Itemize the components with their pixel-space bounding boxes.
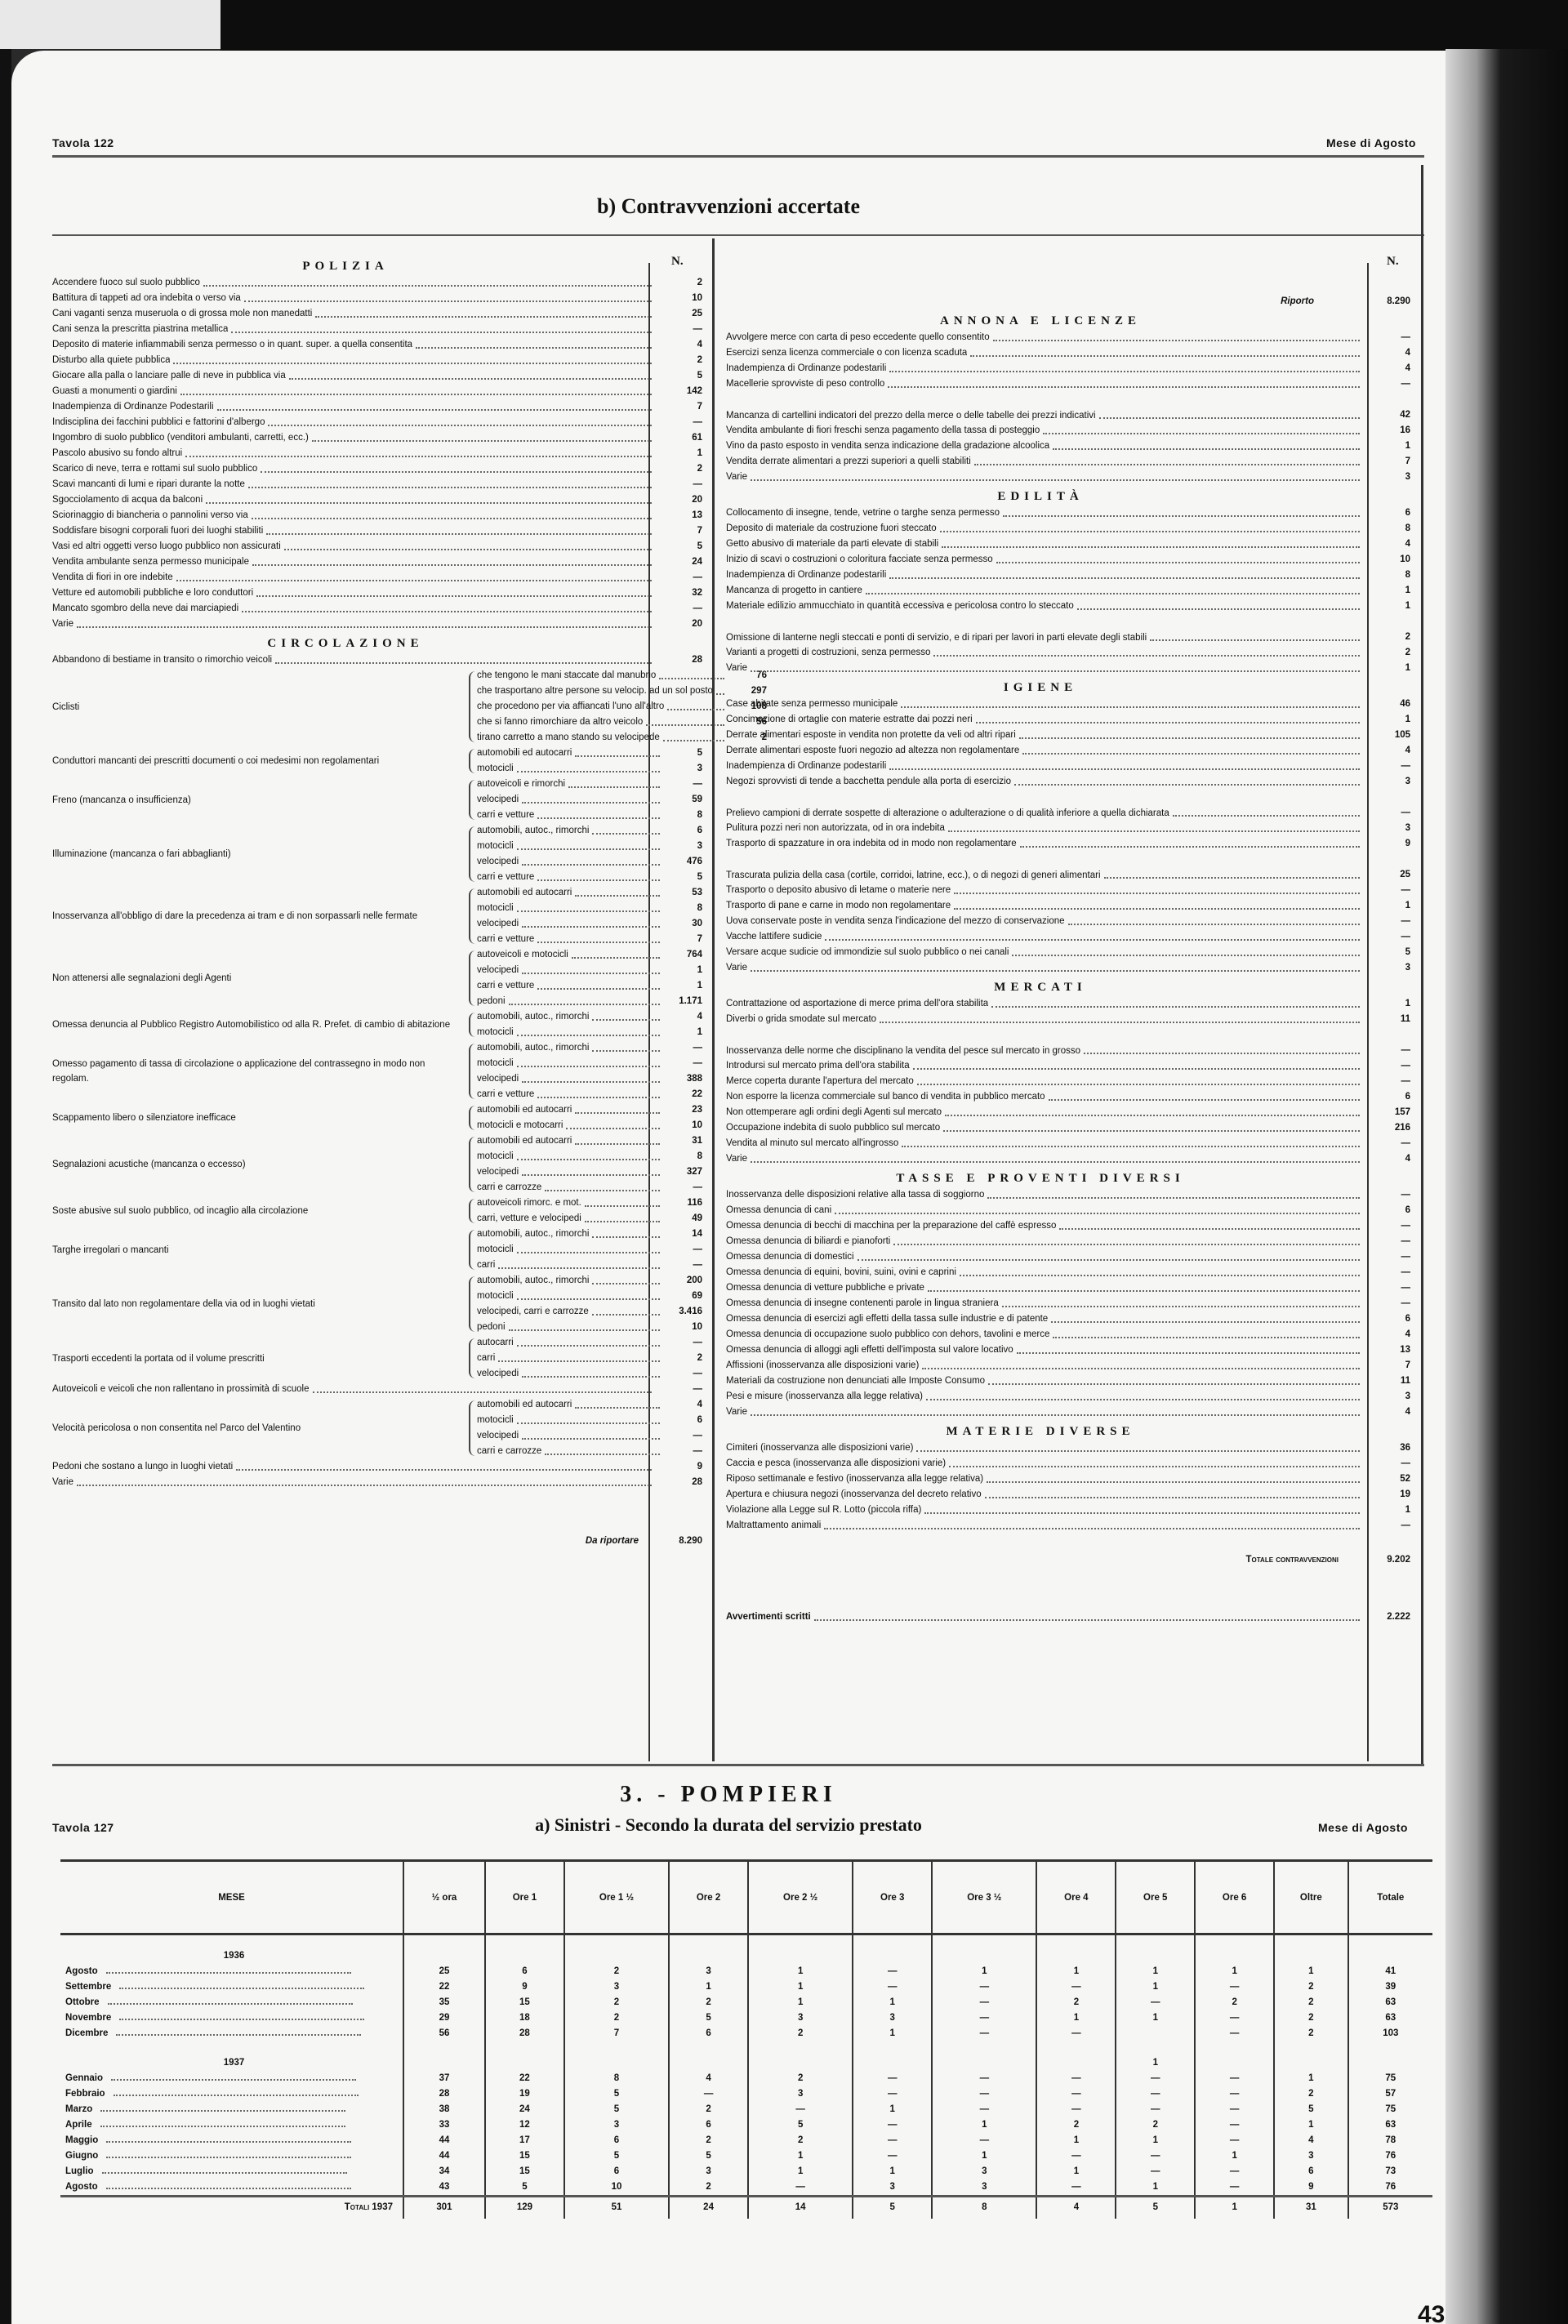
count-value: 388 [663, 1071, 712, 1087]
count-value: 9 [1363, 836, 1420, 852]
count-value: 9 [655, 1459, 712, 1475]
brace [469, 951, 477, 1006]
list-item: Cimiteri (inosservanza alle disposizioni… [726, 1440, 1420, 1456]
list-item: velocipedi1 [477, 963, 712, 978]
count-value: — [663, 1335, 712, 1351]
count-value: 8 [663, 808, 712, 823]
list-item: Omessa denuncia di cani6 [726, 1203, 1420, 1218]
count-value: 7 [655, 523, 712, 539]
column-header: Oltre [1274, 1861, 1348, 1934]
da-riportare-row: Da riportare 8.290 [52, 1528, 712, 1549]
list-item: Getto abusivo di materiale da parti elev… [726, 536, 1420, 552]
count-value: — [1363, 1058, 1420, 1074]
list-item: carri— [477, 1258, 712, 1273]
count-value: — [1363, 1074, 1420, 1089]
list-item: Inosservanza delle disposizioni relative… [726, 1187, 1420, 1203]
list-item: Derrate alimentari esposte fuori negozio… [726, 743, 1420, 759]
list-item: Mancato sgombro della neve dai marciapie… [52, 601, 712, 617]
count-value: 10 [1363, 552, 1420, 568]
list-item: autocarri— [477, 1335, 712, 1351]
count-value: 32 [655, 585, 712, 601]
list-item: automobili, autoc., rimorchi14 [477, 1227, 712, 1242]
list-item: Avvolgere merce con carta di peso eccede… [726, 330, 1420, 345]
list-item: Varie4 [726, 1151, 1420, 1167]
count-value: — [663, 777, 712, 792]
count-value: 2 [655, 353, 712, 368]
list-item: pedoni10 [477, 1320, 712, 1335]
brace [469, 888, 477, 944]
count-value: — [663, 1366, 712, 1382]
n-header: N. [1387, 255, 1399, 269]
count-value: 476 [663, 854, 712, 870]
polizia-list: Accendere fuoco sul suolo pubblico2Batti… [52, 275, 712, 632]
count-value: 4 [663, 1397, 712, 1413]
column-header: Ore 3 [853, 1861, 932, 1934]
month-label: Mese di Agosto [1318, 1821, 1408, 1834]
count-value: 4 [1363, 1327, 1420, 1342]
section-heading: MATERIE DIVERSE [726, 1420, 1420, 1440]
table-row: Marzo382452—1————575 [60, 2102, 1432, 2117]
count-value: 157 [1363, 1105, 1420, 1120]
brace [469, 1044, 477, 1099]
column-header: Ore 1 [485, 1861, 564, 1934]
column-header: Ore 5 [1116, 1861, 1195, 1934]
section-title: b) Contravvenzioni accertate [11, 194, 1445, 219]
count-value: 4 [663, 1009, 712, 1025]
totale-row: Totale contravvenzioni 9.202 [726, 1547, 1420, 1568]
section-heading: TASSE E PROVENTI DIVERSI [726, 1167, 1420, 1187]
count-value: 28 [655, 1475, 712, 1490]
count-value: 3 [1363, 774, 1420, 790]
list-item: Abbandono di bestiame in transito o rimo… [52, 652, 712, 668]
brace [469, 1106, 477, 1130]
list-item: Esercizi senza licenza commerciale o con… [726, 345, 1420, 361]
count-value: 764 [663, 947, 712, 963]
count-value: 6 [663, 1413, 712, 1428]
list-item: Omissione di lanterne negli steccati e p… [726, 614, 1420, 645]
list-item: Omessa denuncia di biliardi e pianoforti… [726, 1234, 1420, 1249]
list-item: Vendita ambulante senza permesso municip… [52, 554, 712, 570]
count-value: 4 [1363, 743, 1420, 759]
count-value: 11 [1363, 1012, 1420, 1027]
count-value: 327 [663, 1164, 712, 1180]
list-item: motocicli6 [477, 1413, 712, 1428]
count-value: — [1363, 1187, 1420, 1203]
list-item: Vino da pasto esposto in vendita senza i… [726, 439, 1420, 454]
list-item: carri e vetture7 [477, 932, 712, 947]
list-item: Disturbo alla quiete pubblica2 [52, 353, 712, 368]
column-header: MESE [60, 1861, 403, 1934]
list-item: Autoveicoli e veicoli che non rallentano… [52, 1382, 712, 1397]
count-value: 3.416 [663, 1304, 712, 1320]
table-row: Luglio3415631131——673 [60, 2164, 1432, 2179]
list-item: Cani senza la prescritta piastrina metal… [52, 322, 712, 337]
list-item: Maltrattamento animali— [726, 1518, 1420, 1534]
list-item: Scavi mancanti di lumi e ripari durante … [52, 477, 712, 492]
totale-value: 9.202 [1363, 1552, 1420, 1568]
circolazione-group: Non attenersi alle segnalazioni degli Ag… [52, 947, 712, 1009]
list-item: Guasti a monumenti o giardini142 [52, 384, 712, 399]
column-header: ½ ora [403, 1861, 485, 1934]
list-item: Pulitura pozzi neri non autorizzata, od … [726, 821, 1420, 836]
list-item: motocicli3 [477, 839, 712, 854]
list-item: velocipedi327 [477, 1164, 712, 1180]
circolazione-group: Conduttori mancanti dei prescritti docum… [52, 746, 712, 777]
list-item: automobili, autoc., rimorchi— [477, 1040, 712, 1056]
list-item: Mancanza di progetto in cantiere1 [726, 583, 1420, 599]
table-row: Maggio4417622——11—478 [60, 2133, 1432, 2148]
count-value: 105 [1363, 728, 1420, 743]
table-row: Agosto256231—1111141 [60, 1964, 1432, 1979]
count-value: 1.171 [663, 994, 712, 1009]
table-row: Ottobre35152211—2—2263 [60, 1995, 1432, 2010]
count-value: 5 [655, 539, 712, 554]
list-item: Omessa denuncia di becchi di macchina pe… [726, 1218, 1420, 1234]
count-value: 8 [663, 901, 712, 916]
list-item: carri, vetture e velocipedi49 [477, 1211, 712, 1227]
list-item: Omessa denuncia di vetture pubbliche e p… [726, 1280, 1420, 1296]
list-item: Prelievo campioni di derrate sospette di… [726, 790, 1420, 821]
count-value: — [1363, 1136, 1420, 1151]
table-row: Agosto435102—33—1—976 [60, 2179, 1432, 2197]
circolazione-group: Freno (mancanza o insufficienza)autoveic… [52, 777, 712, 823]
list-item: Uova conservate poste in vendita senza l… [726, 914, 1420, 929]
scan-edge-right [1445, 49, 1568, 2324]
list-item: Omessa denuncia di alloggi agli effetti … [726, 1342, 1420, 1358]
list-item: carri e vetture5 [477, 870, 712, 885]
count-value: — [663, 1040, 712, 1056]
count-value: 4 [1363, 536, 1420, 552]
list-item: Varie4 [726, 1405, 1420, 1420]
list-item: motocicli8 [477, 901, 712, 916]
list-item: Materiale edilizio ammucchiato in quanti… [726, 599, 1420, 614]
count-value: 116 [663, 1195, 712, 1211]
list-item: Trasporto o deposito abusivo di letame o… [726, 883, 1420, 898]
table-row: Giugno4415551—1——1376 [60, 2148, 1432, 2164]
count-value: — [1363, 1265, 1420, 1280]
count-value: 25 [1363, 867, 1420, 883]
list-item: Omessa denuncia di esercizi agli effetti… [726, 1311, 1420, 1327]
count-value: — [655, 322, 712, 337]
count-value: 6 [663, 823, 712, 839]
count-value: — [663, 1056, 712, 1071]
table-row: Febbraio28195—3—————257 [60, 2086, 1432, 2102]
count-value: 1 [655, 446, 712, 461]
count-value: 3 [663, 761, 712, 777]
circolazione-group: Trasporti eccedenti la portata od il vol… [52, 1335, 712, 1382]
table-row: Dicembre56287621———2103 [60, 2026, 1432, 2041]
list-item: autoveicoli rimorc. e mot.116 [477, 1195, 712, 1211]
count-value: 4 [655, 337, 712, 353]
count-value: 1 [663, 963, 712, 978]
table-header: MESE½ oraOre 1Ore 1 ½Ore 2Ore 2 ½Ore 3Or… [60, 1861, 1432, 1934]
list-item: carri2 [477, 1351, 712, 1366]
list-item: Contrattazione od asportazione di merce … [726, 996, 1420, 1012]
list-item: Collocamento di insegne, tende, vetrine … [726, 505, 1420, 521]
list-item: Varie20 [52, 617, 712, 632]
pompieri-heading: 3. - POMPIERI [11, 1782, 1445, 1808]
count-value: — [1363, 883, 1420, 898]
list-item: Caccia e pesca (inosservanza alle dispos… [726, 1456, 1420, 1471]
count-value: 20 [655, 492, 712, 508]
count-value: 1 [663, 1025, 712, 1040]
brace [469, 1137, 477, 1192]
brace [469, 671, 477, 742]
list-item: automobili ed autocarri23 [477, 1102, 712, 1118]
brace [469, 1400, 477, 1456]
count-value: — [663, 1428, 712, 1444]
title-rule [52, 234, 1424, 236]
count-value: 3 [1363, 470, 1420, 485]
list-item: automobili, autoc., rimorchi200 [477, 1273, 712, 1289]
list-item: velocipedi— [477, 1428, 712, 1444]
count-value: — [1363, 376, 1420, 392]
page-number: 43 [1418, 2301, 1445, 2324]
list-item: Omessa denuncia di occupazione suolo pub… [726, 1327, 1420, 1342]
list-item: automobili ed autocarri5 [477, 746, 712, 761]
right-column: Riporto 8.290 ANNONA E LICENZEAvvolgere … [726, 294, 1420, 1625]
column-header: Ore 2 [669, 1861, 748, 1934]
count-value: 8 [1363, 568, 1420, 583]
count-value: 19 [1363, 1487, 1420, 1503]
list-item: Accendere fuoco sul suolo pubblico2 [52, 275, 712, 291]
list-item: Merce coperta durante l'apertura del mer… [726, 1074, 1420, 1089]
count-value: 13 [655, 508, 712, 523]
count-value: 5 [663, 870, 712, 885]
list-item: Sgocciolamento di acqua da balconi20 [52, 492, 712, 508]
list-item: Affissioni (inosservanza alle disposizio… [726, 1358, 1420, 1373]
circolazione-group: Ciclistiche tengono le mani staccate dal… [52, 668, 712, 746]
count-value: 4 [1363, 1151, 1420, 1167]
count-value: — [1363, 1518, 1420, 1534]
list-item: Violazione alla Legge sul R. Lotto (picc… [726, 1503, 1420, 1518]
list-item: motocicli8 [477, 1149, 712, 1164]
count-value: 14 [663, 1227, 712, 1242]
count-value: 3 [1363, 1389, 1420, 1405]
list-item: Varie3 [726, 470, 1420, 485]
count-value: 2 [1363, 630, 1420, 645]
count-value: 31 [663, 1133, 712, 1149]
count-value: — [1363, 330, 1420, 345]
count-value: 2 [663, 1351, 712, 1366]
list-item: Pascolo abusivo su fondo altrui1 [52, 446, 712, 461]
right-sections: ANNONA E LICENZEAvvolgere merce con cart… [726, 309, 1420, 1534]
list-item: Indisciplina dei facchini pubblici e fat… [52, 415, 712, 430]
brace [469, 826, 477, 882]
brace [469, 1276, 477, 1332]
list-item: motocicli1 [477, 1025, 712, 1040]
list-item: carri e vetture1 [477, 978, 712, 994]
list-item: autoveicoli e rimorchi— [477, 777, 712, 792]
list-item: Omessa denuncia di domestici— [726, 1249, 1420, 1265]
list-item: Case abitate senza permesso municipale46 [726, 697, 1420, 712]
list-item: Varie3 [726, 960, 1420, 976]
list-item: Pesi e misure (inosservanza alla legge r… [726, 1389, 1420, 1405]
column-header: Ore 6 [1195, 1861, 1274, 1934]
count-value: 1 [1363, 439, 1420, 454]
count-value: — [1363, 914, 1420, 929]
count-value: 2 [655, 461, 712, 477]
list-item: Mancanza di cartellini indicatori del pr… [726, 392, 1420, 423]
count-value: 22 [663, 1087, 712, 1102]
list-item: Inosservanza delle norme che disciplinan… [726, 1027, 1420, 1058]
section-heading: EDILITÀ [726, 485, 1420, 505]
circolazione-group: Transito dal lato non regolamentare dell… [52, 1273, 712, 1335]
count-value: 6 [1363, 1089, 1420, 1105]
list-item: motocicli3 [477, 761, 712, 777]
list-item: Battitura di tappeti ad ora indebita o v… [52, 291, 712, 306]
count-value: — [663, 1444, 712, 1459]
list-item: Inizio di scavi o costruzioni o coloritu… [726, 552, 1420, 568]
count-value: 7 [1363, 454, 1420, 470]
column-header: Ore 4 [1036, 1861, 1116, 1934]
count-value: 3 [663, 839, 712, 854]
count-value: 42 [1363, 407, 1420, 423]
list-item: Pedoni che sostano a lungo in luoghi vie… [52, 1459, 712, 1475]
list-item: Occupazione indebita di suolo pubblico s… [726, 1120, 1420, 1136]
circolazione-groups: Ciclistiche tengono le mani staccate dal… [52, 668, 712, 1382]
count-value: 6 [1363, 1203, 1420, 1218]
list-item: Inadempienza di Ordinanze podestarili4 [726, 361, 1420, 376]
count-value: 216 [1363, 1120, 1420, 1136]
table-row: Gennaio3722842—————175 [60, 2071, 1432, 2086]
count-value: 53 [663, 885, 712, 901]
count-value: — [655, 415, 712, 430]
pompieri-subtitle: a) Sinistri - Secondo la durata del serv… [11, 1814, 1445, 1836]
circolazione-heading: CIRCOLAZIONE [52, 632, 712, 652]
list-item: motocicli e motocarri10 [477, 1118, 712, 1133]
brace [469, 1338, 477, 1378]
list-item: automobili, autoc., rimorchi6 [477, 823, 712, 839]
list-item: velocipedi59 [477, 792, 712, 808]
list-item: Concimazione di ortaglie con materie est… [726, 712, 1420, 728]
count-value: — [1363, 805, 1420, 821]
circolazione-group: Scappamento libero o silenziatore ineffi… [52, 1102, 712, 1133]
riporto-row: Riporto 8.290 [726, 294, 1420, 309]
table-row: Settembre229311———1—239 [60, 1979, 1432, 1995]
count-value: 8 [663, 1149, 712, 1164]
count-value: 10 [663, 1118, 712, 1133]
count-value: 46 [1363, 697, 1420, 712]
count-value: 7 [1363, 1358, 1420, 1373]
list-item: Varie28 [52, 1475, 712, 1490]
list-item: automobili ed autocarri4 [477, 1397, 712, 1413]
brace [469, 780, 477, 820]
list-item: Trasporto di pane e carne in modo non re… [726, 898, 1420, 914]
list-item: velocipedi388 [477, 1071, 712, 1087]
circolazione-group: Velocità pericolosa o non consentita nel… [52, 1397, 712, 1459]
count-value: 25 [655, 306, 712, 322]
count-value: 6 [1363, 1311, 1420, 1327]
circolazione-group: Omesso pagamento di tassa di circolazion… [52, 1040, 712, 1102]
pompieri-table: MESE½ oraOre 1Ore 1 ½Ore 2Ore 2 ½Ore 3Or… [60, 1859, 1432, 2219]
count-value: 49 [663, 1211, 712, 1227]
circolazione-group: Segnalazioni acustiche (mancanza o ecces… [52, 1133, 712, 1195]
scan-edge-left [0, 49, 11, 2324]
column-header: Ore 3 ½ [932, 1861, 1036, 1934]
list-item: Varie1 [726, 661, 1420, 676]
count-value: 7 [655, 399, 712, 415]
circolazione-group: Illuminazione (mancanza o fari abbaglian… [52, 823, 712, 885]
count-value: 1 [1363, 661, 1420, 676]
section-rule [52, 1764, 1424, 1766]
count-value: 4 [1363, 345, 1420, 361]
count-value: 10 [655, 291, 712, 306]
list-item: Cani vaganti senza museruola o di grossa… [52, 306, 712, 322]
list-item: autoveicoli e motocicli764 [477, 947, 712, 963]
count-value: 69 [663, 1289, 712, 1304]
list-item: Materiali da costruzione non denunciati … [726, 1373, 1420, 1389]
count-value: 6 [1363, 505, 1420, 521]
list-item: Vendita derrate alimentari a prezzi supe… [726, 454, 1420, 470]
count-value: — [1363, 1296, 1420, 1311]
count-value: 3 [1363, 960, 1420, 976]
count-value: 59 [663, 792, 712, 808]
count-value: — [1363, 1456, 1420, 1471]
count-value: 24 [655, 554, 712, 570]
count-value: — [663, 1242, 712, 1258]
list-item: Macellerie sprovviste di peso controllo— [726, 376, 1420, 392]
list-item: motocicli69 [477, 1289, 712, 1304]
circolazione-group: Omessa denuncia al Pubblico Registro Aut… [52, 1009, 712, 1040]
count-value: 52 [1363, 1471, 1420, 1487]
scan-margin [0, 0, 220, 49]
list-item: automobili ed autocarri31 [477, 1133, 712, 1149]
list-item: Omessa denuncia di equini, bovini, suini… [726, 1265, 1420, 1280]
brace [469, 749, 477, 773]
avvertimenti-row: Avvertimenti scritti 2.222 [726, 1604, 1420, 1625]
circolazione-group: Soste abusive sul suolo pubblico, od inc… [52, 1195, 712, 1227]
count-value: 10 [663, 1320, 712, 1335]
brace [469, 1199, 477, 1223]
list-item: Inadempienza di Ordinanze Podestarili7 [52, 399, 712, 415]
count-value: 142 [655, 384, 712, 399]
list-item: Deposito di materie infiammabili senza p… [52, 337, 712, 353]
column-header: Ore 1 ½ [564, 1861, 669, 1934]
circolazione-group: Inosservanza all'obbligo di dare la prec… [52, 885, 712, 947]
list-item: Inadempienza di Ordinanze podestarili8 [726, 568, 1420, 583]
table-row: Aprile3312365—122—163 [60, 2117, 1432, 2133]
polizia-heading: POLIZIA [52, 255, 712, 275]
list-item: Vendita al minuto sul mercato all'ingros… [726, 1136, 1420, 1151]
list-item: carri e carrozze— [477, 1444, 712, 1459]
count-value: — [1363, 1234, 1420, 1249]
month-label: Mese di Agosto [1326, 136, 1416, 149]
frame-right [1421, 165, 1423, 1765]
list-item: velocipedi30 [477, 916, 712, 932]
list-item: Non esporre la licenza commerciale sul b… [726, 1089, 1420, 1105]
count-value: 13 [1363, 1342, 1420, 1358]
list-item: Riposo settimanale e festivo (inosservan… [726, 1471, 1420, 1487]
divider [712, 238, 715, 1761]
list-item: Scarico di neve, terra e rottami sul suo… [52, 461, 712, 477]
list-item: Vendita ambulante di fiori freschi senza… [726, 423, 1420, 439]
count-value: 30 [663, 916, 712, 932]
section-heading: MERCATI [726, 976, 1420, 996]
list-item: Diverbi o grida smodate sul mercato11 [726, 1012, 1420, 1027]
count-value: — [655, 477, 712, 492]
list-item: Inadempienza di Ordinanze podestarili— [726, 759, 1420, 774]
count-value: — [655, 570, 712, 585]
count-value: — [1363, 1280, 1420, 1296]
column-header: Totale [1348, 1861, 1432, 1934]
count-value: 1 [1363, 996, 1420, 1012]
count-value: 2 [655, 275, 712, 291]
list-item: pedoni1.171 [477, 994, 712, 1009]
year-row: 1936 [60, 1934, 1432, 1964]
count-value: 23 [663, 1102, 712, 1118]
list-item: Ingombro di suolo pubblico (venditori am… [52, 430, 712, 446]
